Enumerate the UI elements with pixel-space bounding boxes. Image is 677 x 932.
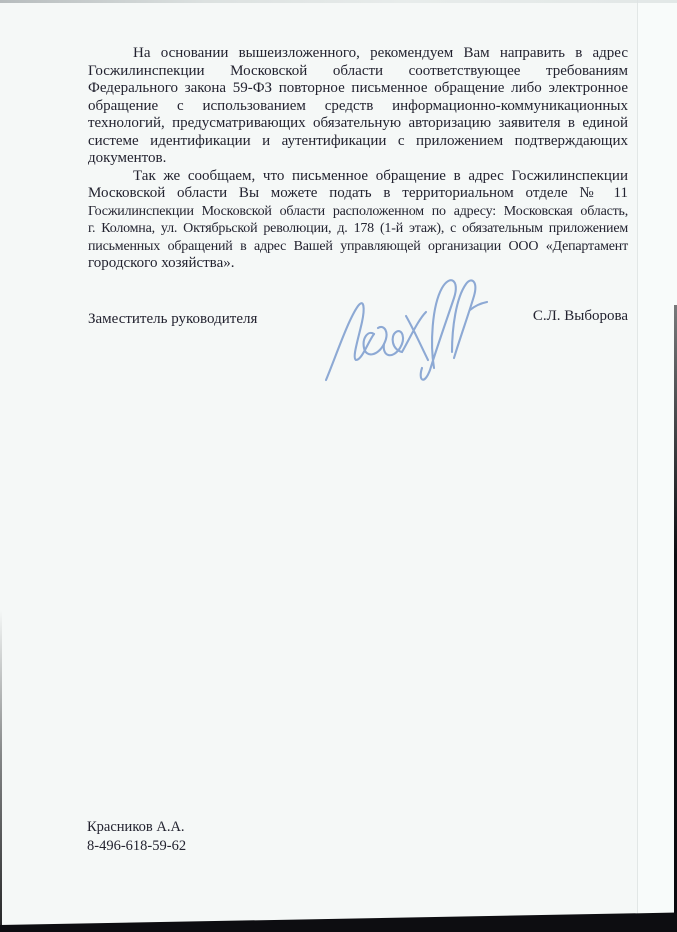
scan-left-edge [0,610,2,932]
paragraph-line: системе идентификации и аутентификации с… [88,133,628,151]
scan-right-light-strip [637,0,677,932]
paragraph-line: г. Коломна, ул. Октябрьской революции, д… [88,220,628,238]
paragraph-line: обращение с использованием средств инфор… [88,98,628,116]
letter-body: На основании вышеизложенного, рекомендуе… [88,45,628,273]
handwritten-signature-icon [318,272,490,387]
signer-name: С.Л. Выборова [498,308,628,325]
paragraph-line: технологий, предусматривающих обязательн… [88,115,628,133]
paragraph-line: Так же сообщаем, что письменное обращени… [88,168,628,186]
paragraph-line: городского хозяйства». [88,255,628,273]
scanned-letter-page: { "document": { "paragraph1": { "lines":… [0,0,677,932]
paragraph-line: Московской области Вы можете подать в те… [88,185,628,203]
paragraph-line: На основании вышеизложенного, рекомендуе… [88,45,628,63]
paragraph-line: документов. [88,150,628,168]
executor-phone: 8-496-618-59-62 [87,837,186,856]
paragraph-line: письменных обращений в адрес Вашей управ… [88,238,628,256]
paragraph-line: Госжилинспекции Московской области распо… [88,203,628,221]
body-paragraph-2: Так же сообщаем, что письменное обращени… [88,168,628,273]
executor-name: Красников А.А. [87,818,186,837]
paragraph-line: Госжилинспекции Московской области соотв… [88,63,628,81]
body-paragraph-1: На основании вышеизложенного, рекомендуе… [88,45,628,168]
signer-position-title: Заместитель руководителя [88,311,257,328]
scan-top-edge [0,0,677,3]
paragraph-line: Федерального закона 59-ФЗ повторное пись… [88,80,628,98]
executor-footer: Красников А.А. 8-496-618-59-62 [87,818,186,856]
scan-bottom-edge [0,905,677,932]
